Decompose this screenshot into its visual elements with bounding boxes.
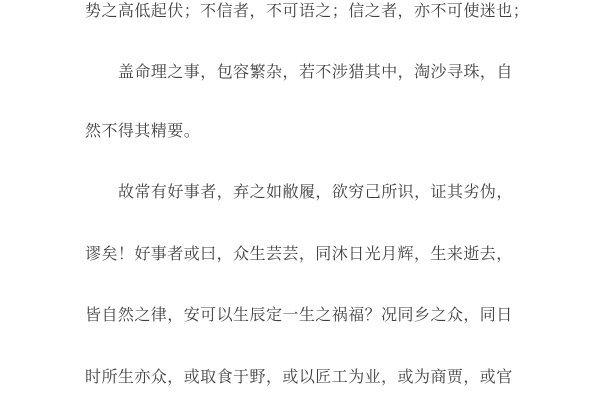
text-line-2: 盖命理之事，包容繁杂，若不涉猎其中，淘沙寻珠，自: [118, 63, 517, 83]
text-line-7: 时所生亦众，或取食于野，或以匠工为业，或为商贾，或官: [85, 368, 517, 388]
text-line-5: 谬矣！好事者或曰，众生芸芸，同沐日光月辉，生来逝去，: [85, 245, 517, 265]
document-page: 势之高低起伏；不信者，不可语之；信之者，亦不可使迷也； 盖命理之事，包容繁杂，若…: [0, 0, 600, 400]
text-line-1: 势之高低起伏；不信者，不可语之；信之者，亦不可使迷也；: [85, 2, 517, 22]
text-line-3: 然不得其精要。: [85, 122, 517, 142]
text-line-4: 故常有好事者，弃之如敝履，欲穷己所识，证其劣伪，: [118, 183, 517, 203]
text-line-6: 皆自然之律，安可以生辰定一生之祸福？况同乡之众，同日: [85, 306, 517, 326]
